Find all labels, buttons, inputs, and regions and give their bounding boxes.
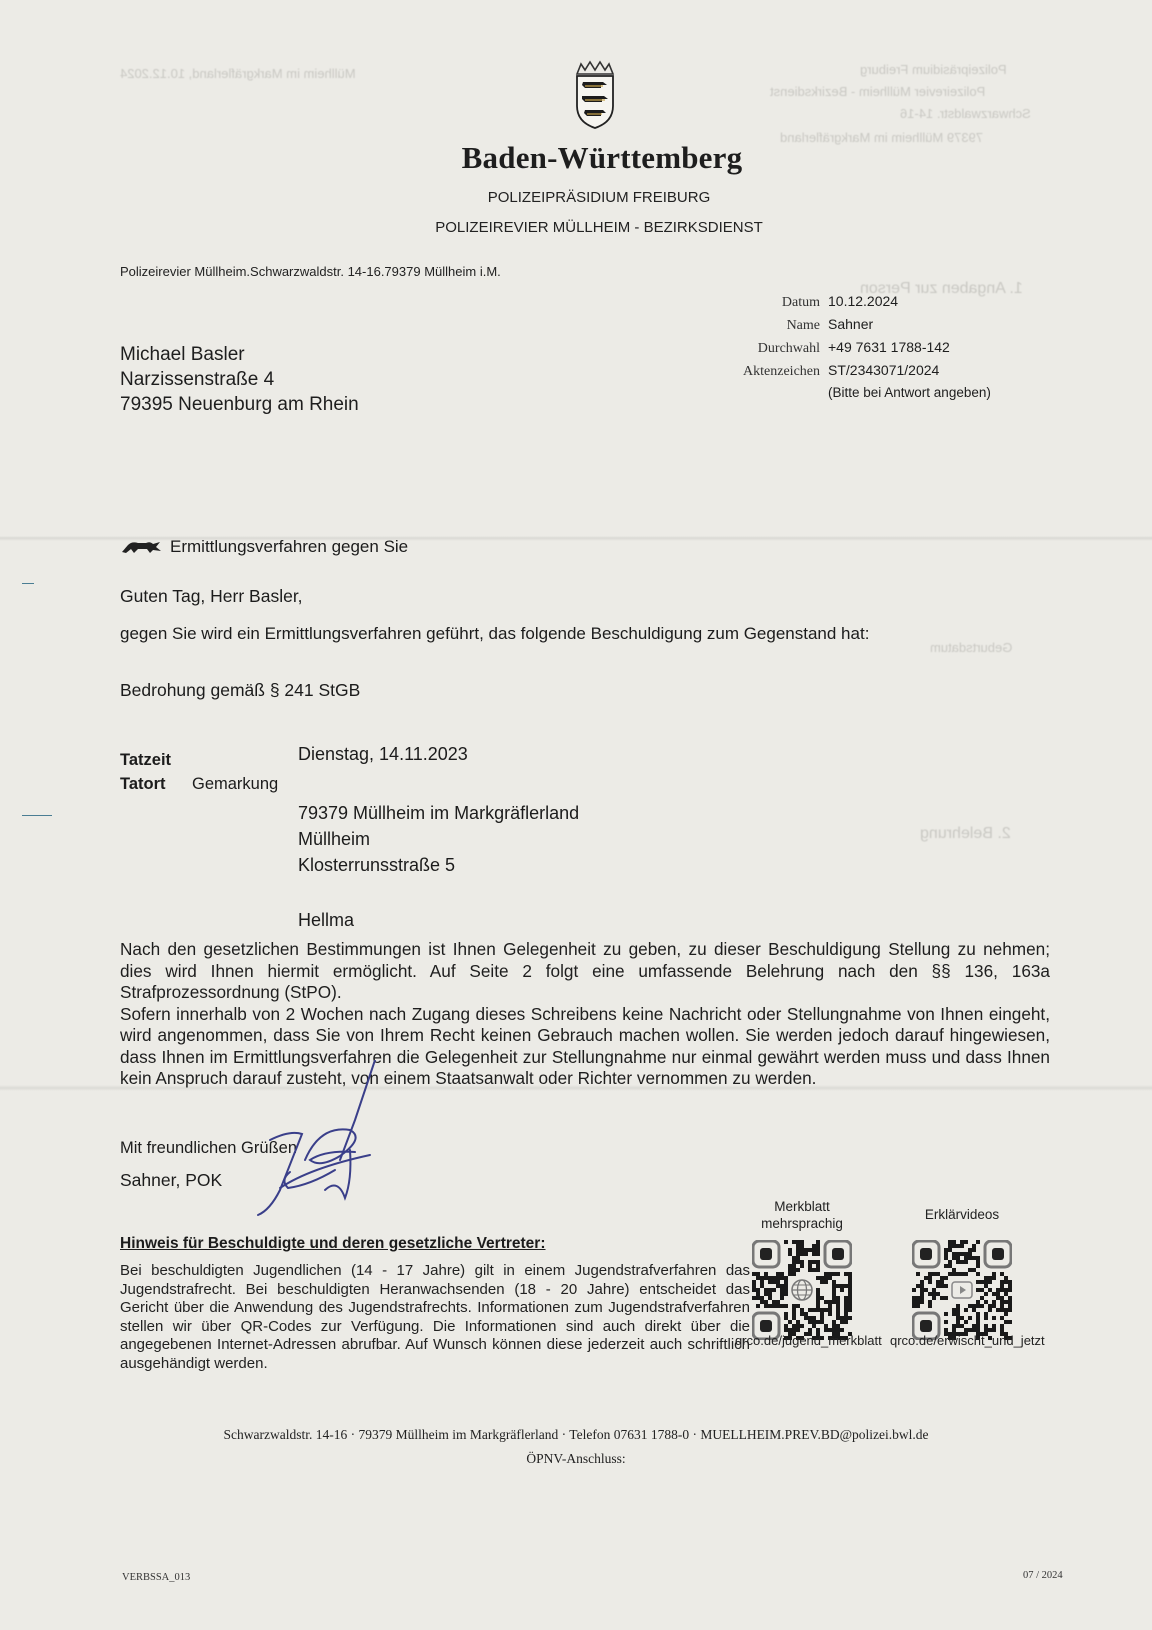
- intro-text: gegen Sie wird ein Ermittlungsverfahren …: [120, 624, 869, 644]
- qr-caption: Merkblatt: [752, 1198, 852, 1215]
- form-id: VERBSSA_013: [122, 1572, 190, 1583]
- qr-url-erklaervideos[interactable]: qrco.de/erwischt_und_jetzt: [890, 1333, 1045, 1348]
- notice-text: Bei beschuldigten Jugendlichen (14 - 17 …: [120, 1262, 750, 1373]
- incident-place-sublabel: Gemarkung: [192, 775, 278, 794]
- play-icon: [950, 1278, 974, 1302]
- letter-page: Polizeipräsidium Freiburg Polizeirevier …: [0, 0, 1152, 1630]
- footer-address: Schwarzwaldstr. 14-16 · 79379 Müllheim i…: [0, 1427, 1152, 1443]
- meta-label: Datum: [720, 295, 828, 311]
- sender-line: Polizeirevier Müllheim.Schwarzwaldstr. 1…: [120, 264, 501, 279]
- meta-label: Durchwahl: [720, 341, 828, 357]
- meta-date: Datum 10.12.2024: [720, 293, 991, 316]
- reference-note: (Bitte bei Antwort angeben): [828, 385, 991, 400]
- bleed-through-text: Polizeipräsidium Freiburg: [860, 62, 1007, 77]
- unit-name: POLIZEIREVIER MÜLLHEIM - BEZIRKSDIENST: [23, 219, 1152, 236]
- place-line: Klosterrunsstraße 5: [298, 852, 579, 878]
- bleed-through-text: 2. Belehrung: [920, 825, 1011, 843]
- authority-name: POLIZEIPRÄSIDIUM FREIBURG: [23, 189, 1152, 206]
- meta-value: ST/2343071/2024: [828, 362, 939, 378]
- qr-merkblatt: Merkblatt mehrsprachig: [752, 1198, 852, 1340]
- body-paragraph: Nach den gesetzlichen Bestimmungen ist I…: [120, 939, 1050, 1004]
- coat-of-arms-icon: [573, 60, 617, 130]
- subject-text: Ermittlungsverfahren gegen Sie: [170, 537, 408, 557]
- lion-icon: [120, 539, 162, 555]
- subject-line: Ermittlungsverfahren gegen Sie: [120, 537, 408, 557]
- meta-label: Name: [720, 318, 828, 334]
- bleed-through-text: Polizeirevier Müllheim - Bezirksdienst: [770, 84, 985, 99]
- footer-transit: ÖPNV-Anschluss:: [0, 1451, 1152, 1467]
- incident-time-label: Tatzeit: [120, 751, 171, 770]
- recipient-city: 79395 Neuenburg am Rhein: [120, 392, 359, 417]
- letter-metadata: Datum 10.12.2024 Name Sahner Durchwahl +…: [720, 293, 991, 400]
- signatory: Sahner, POK: [120, 1170, 222, 1191]
- meta-name: Name Sahner: [720, 316, 991, 339]
- bleed-through-text: Müllheim im Markgräflerland, 10.12.2024: [120, 66, 356, 81]
- qr-erklaervideos: Erklärvideos: [912, 1198, 1012, 1340]
- recipient-address: Michael Basler Narzissenstraße 4 79395 N…: [120, 342, 359, 417]
- meta-value: 10.12.2024: [828, 293, 898, 309]
- form-version: 07 / 2024: [1023, 1570, 1063, 1581]
- incident-place-address: 79379 Müllheim im Markgräflerland Müllhe…: [298, 800, 579, 878]
- bleed-through-text: Schwarzwaldstr. 14-16: [900, 106, 1031, 121]
- notice-title: Hinweis für Beschuldigte und deren geset…: [120, 1235, 546, 1253]
- qr-caption: Erklärvideos: [912, 1198, 1012, 1223]
- meta-label: Aktenzeichen: [720, 364, 828, 380]
- incident-place-extra: Hellma: [298, 910, 354, 931]
- bleed-through-text: Geburtsdatum: [930, 640, 1012, 655]
- fold-mark: [22, 583, 34, 584]
- meta-value: Sahner: [828, 316, 873, 332]
- qr-url-merkblatt[interactable]: qrco.de/jugend_merkblatt: [735, 1333, 882, 1348]
- place-line: Müllheim: [298, 826, 579, 852]
- state-name: Baden-Württemberg: [26, 140, 1152, 176]
- charge: Bedrohung gemäß § 241 StGB: [120, 680, 360, 701]
- meta-phone: Durchwahl +49 7631 1788-142: [720, 339, 991, 362]
- meta-reference: Aktenzeichen ST/2343071/2024: [720, 362, 991, 385]
- recipient-name: Michael Basler: [120, 342, 359, 367]
- qr-code[interactable]: [752, 1240, 852, 1340]
- place-line: 79379 Müllheim im Markgräflerland: [298, 800, 579, 826]
- greeting: Guten Tag, Herr Basler,: [120, 586, 303, 607]
- globe-icon: [790, 1278, 814, 1302]
- punch-mark: [22, 815, 52, 816]
- recipient-street: Narzissenstraße 4: [120, 367, 359, 392]
- handwritten-signature: [240, 1060, 400, 1220]
- qr-code[interactable]: [912, 1240, 1012, 1340]
- incident-time-value: Dienstag, 14.11.2023: [298, 744, 468, 765]
- qr-caption: mehrsprachig: [752, 1215, 852, 1232]
- incident-place-label: Tatort: [120, 775, 166, 794]
- meta-value: +49 7631 1788-142: [828, 339, 950, 355]
